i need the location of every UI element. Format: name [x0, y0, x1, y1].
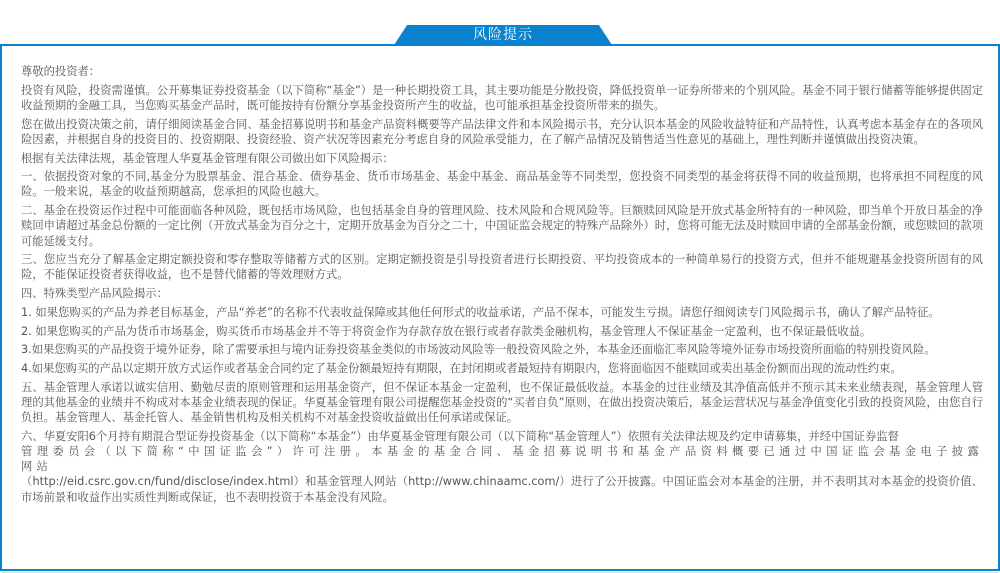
paragraph-section-6-line-2: 管理委员会（以下简称“中国证监会”）许可注册。本基金的基金合同、基金招募说明书和… [21, 444, 983, 474]
paragraph-section-4-item-3: 3.如果您购买的产品投资于境外证券，除了需要承担与境内证券投资基金类似的市场波动… [21, 342, 983, 357]
paragraph-section-1: 一、依据投资对象的不同,基金分为股票基金、混合基金、债券基金、货币市场基金、基金… [21, 169, 983, 199]
paragraph-intro: 投资有风险，投资需谨慎。公开募集证券投资基金（以下简称“基金”）是一种长期投资工… [21, 83, 983, 113]
paragraph-section-4-item-2: 2. 如果您购买的产品为货币市场基金，购买货币市场基金并不等于将资金作为存款存放… [21, 324, 983, 339]
paragraph-section-3: 三、您应当充分了解基金定期定额投资和零存整取等储蓄方式的区别。定期定额投资是引导… [21, 252, 983, 282]
paragraph-section-6: 六、华夏安阳6个月持有期混合型证券投资基金（以下简称“本基金”）由华夏基金管理有… [21, 429, 983, 505]
risk-disclosure-content: 尊敬的投资者： 投资有风险，投资需谨慎。公开募集证券投资基金（以下简称“基金”）… [21, 64, 983, 505]
paragraph-section-4-item-1: 1. 如果您购买的产品为养老目标基金，产品“养老”的名称不代表收益保障或其他任何… [21, 305, 983, 320]
paragraph-section-2: 二、基金在投资运作过程中可能面临各种风险，既包括市场风险，也包括基金自身的管理风… [21, 203, 983, 249]
greeting: 尊敬的投资者： [21, 64, 983, 79]
paragraph-section-4-heading: 四、特殊类型产品风险揭示： [21, 286, 983, 301]
paragraph-section-6-line-1: 六、华夏安阳6个月持有期混合型证券投资基金（以下简称“本基金”）由华夏基金管理有… [21, 429, 983, 444]
paragraph-decision-advice: 您在做出投资决策之前，请仔细阅读基金合同、基金招募说明书和基金产品资料概要等产品… [21, 117, 983, 147]
paragraph-section-5: 五、基金管理人承诺以诚实信用、勤勉尽责的原则管理和运用基金资产，但不保证本基金一… [21, 380, 983, 426]
paragraph-manager-disclosure: 根据有关法律法规，基金管理人华夏基金管理有限公司做出如下风险揭示： [21, 151, 983, 166]
paragraph-section-6-line-3: （http://eid.csrc.gov.cn/fund/disclose/in… [21, 474, 983, 504]
risk-notice-title: 风险提示 [473, 27, 533, 43]
risk-disclosure-panel: 尊敬的投资者： 投资有风险，投资需谨慎。公开募集证券投资基金（以下简称“基金”）… [0, 44, 1000, 571]
paragraph-section-4-item-4: 4.如果您购买的产品以定期开放方式运作或者基金合同约定了基金份额最短持有期限，在… [21, 361, 983, 376]
risk-notice-tab-header: 风险提示 [394, 25, 612, 45]
